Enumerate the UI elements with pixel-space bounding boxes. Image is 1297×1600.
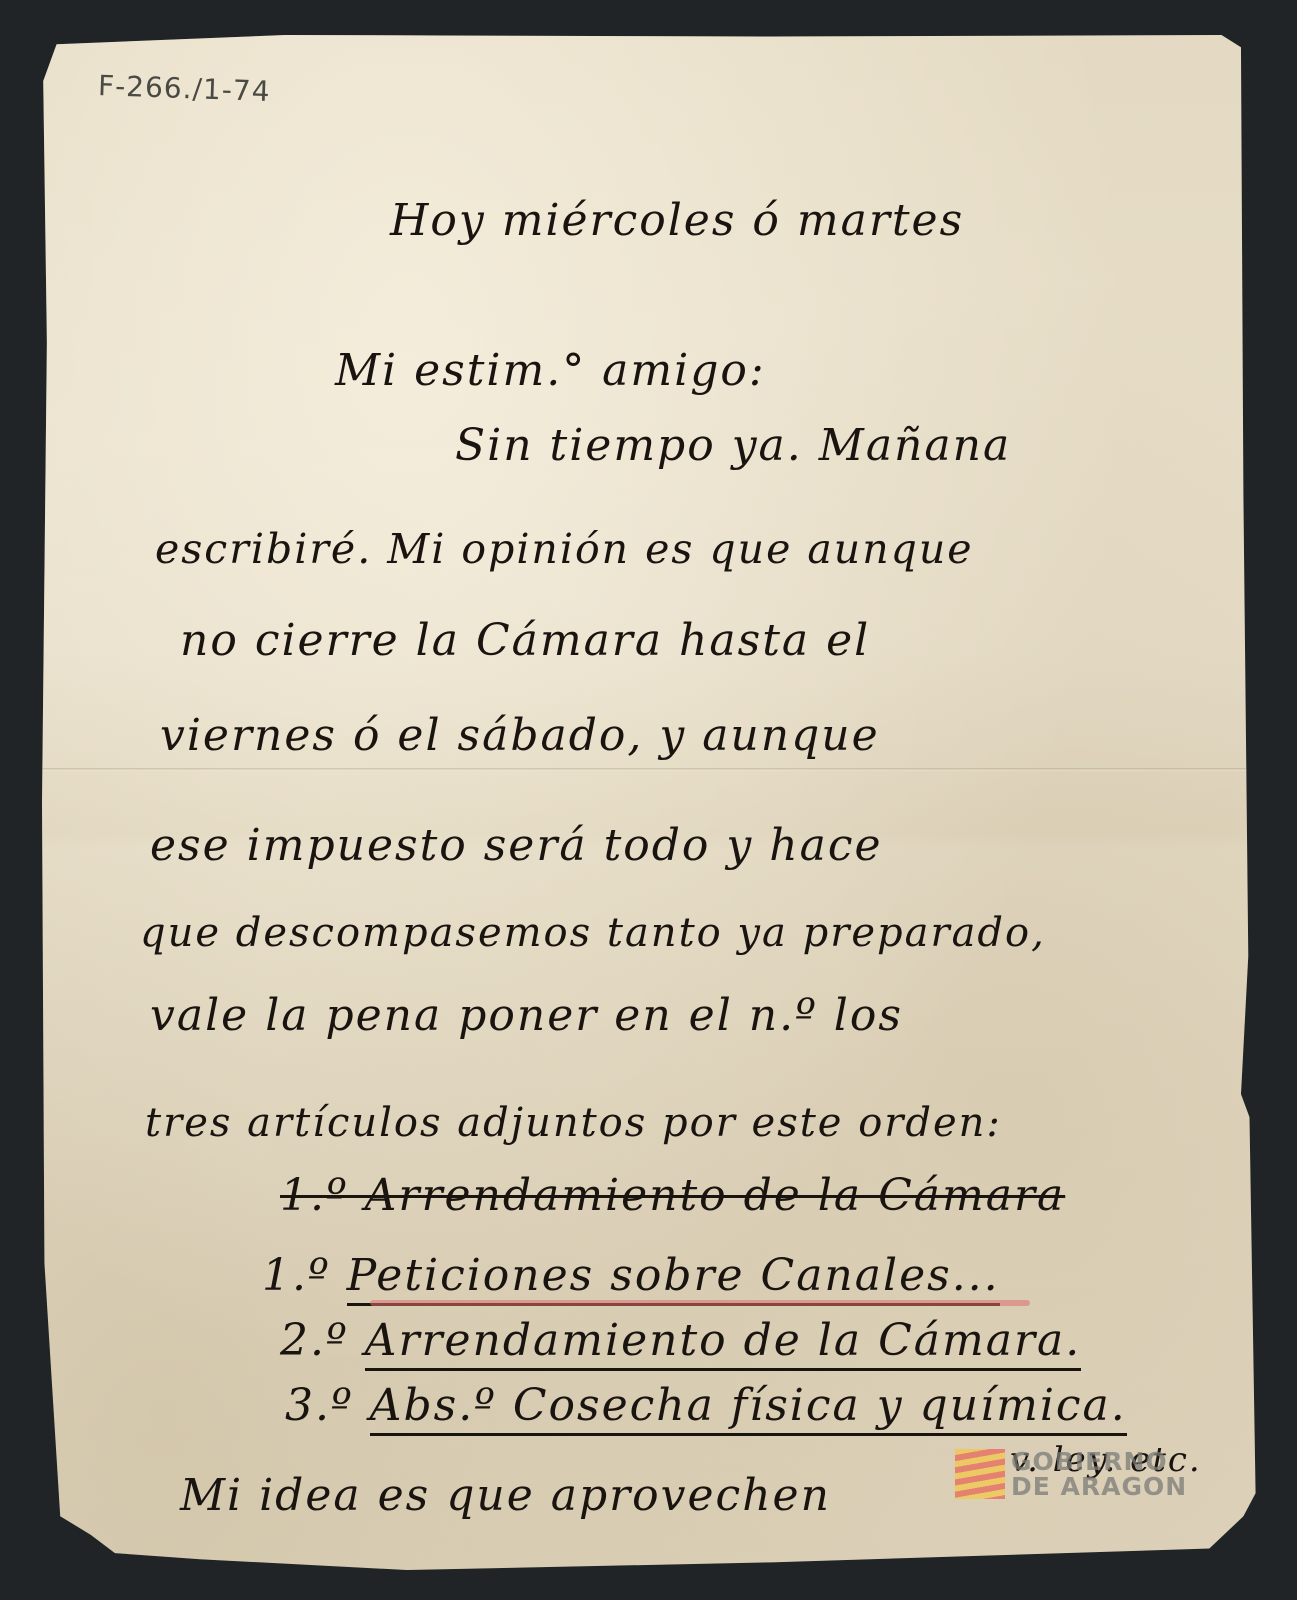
watermark-text: GOBIERNO DE ARAGON [1011,1449,1187,1499]
letter-salutation: Mi estim.° amigo: [335,345,766,396]
list-item-2-number: 2.º [280,1315,349,1366]
list-item-2: 2.º Arrendamiento de la Cámara. [280,1315,1081,1366]
struck-list-item: 1.º Arrendamiento de la Cámara [280,1170,1065,1221]
list-item-1-number: 1.º [262,1250,331,1301]
letter-line-4: escribiré. Mi opinión es que aunque [155,525,974,573]
list-item-2-text: Arrendamiento de la Cámara. [365,1315,1082,1371]
list-item-3-text: Abs.º Cosecha física y química. [370,1380,1127,1436]
watermark-line-2: DE ARAGON [1011,1474,1187,1499]
paper-fold-crease [42,768,1258,771]
closing-line: Mi idea es que aprovechen [180,1470,831,1521]
letter-line-9: vale la pena poner en el n.º los [150,990,903,1041]
aragon-flag-icon [955,1449,1005,1499]
red-pencil-underline [370,1300,1030,1306]
letter-line-7: ese impuesto será todo y hace [150,820,883,871]
letter-line-1: Hoy miércoles ó martes [390,195,964,246]
letter-line-3: Sin tiempo ya. Mañana [455,420,1011,471]
letter-line-5: no cierre la Cámara hasta el [180,615,870,666]
letter-line-10: tres artículos adjuntos por este orden: [145,1100,1002,1146]
letter-line-8: que descompasemos tanto ya preparado, [140,910,1046,956]
letter-line-6: viernes ó el sábado, y aunque [160,710,880,761]
list-item-3-number: 3.º [285,1380,354,1431]
gobierno-de-aragon-watermark: GOBIERNO DE ARAGON [955,1449,1187,1499]
list-item-3: 3.º Abs.º Cosecha física y química. [285,1380,1127,1431]
list-item-1: 1.º Peticiones sobre Canales... [262,1250,1000,1301]
watermark-line-1: GOBIERNO [1011,1449,1187,1474]
archive-reference: F-266./1-74 [97,69,271,108]
list-item-1-text: Peticiones sobre Canales... [347,1250,1000,1306]
